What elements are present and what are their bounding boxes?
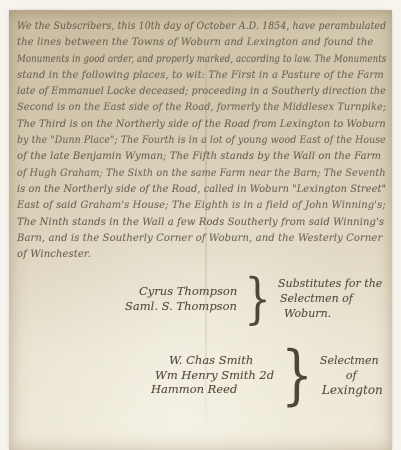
signature-role: Selectmen of Lexington: [320, 353, 383, 398]
signature-role-line: of: [346, 368, 383, 383]
signature-role: Substitutes for the Selectmen of Woburn.: [278, 276, 382, 321]
text-line: of Winchester.: [17, 249, 386, 265]
signature-block-woburn: Cyrus Thompson Saml. S. Thompson } Subst…: [125, 276, 382, 321]
signature-role-line: Woburn.: [284, 306, 382, 321]
signature-role-line: Selectmen: [320, 353, 383, 368]
text-line: of the late Benjamin Wyman; The Fifth st…: [17, 151, 386, 167]
signature-names: W. Chas Smith Wm Henry Smith 2d Hammon R…: [155, 353, 274, 397]
signature-role-line: Selectmen of: [280, 291, 382, 306]
text-line: The Ninth stands in the Wall a few Rods …: [17, 217, 386, 233]
text-line: of Hugh Graham; The Sixth on the same Fa…: [17, 168, 371, 184]
signature-role-line: Substitutes for the: [278, 276, 382, 291]
document-body: We the Subscribers, this 10th day of Oct…: [17, 21, 386, 265]
signature-name: Cyrus Thompson: [139, 284, 237, 299]
signature-name: Hammon Reed: [151, 382, 274, 397]
signature-block-lexington: W. Chas Smith Wm Henry Smith 2d Hammon R…: [155, 350, 383, 400]
text-line: East of said Graham's House; The Eighth …: [17, 200, 384, 216]
text-line: late of Emmanuel Locke deceased; proceed…: [17, 86, 369, 102]
text-line: is on the Northerly side of the Road, ca…: [17, 184, 376, 200]
signature-name: Wm Henry Smith 2d: [155, 368, 274, 383]
signature-name: W. Chas Smith: [169, 353, 274, 368]
document-scan: We the Subscribers, this 10th day of Oct…: [0, 0, 401, 450]
signature-role-line: Lexington: [322, 383, 383, 398]
text-line: Barn, and is the Southerly Corner of Wob…: [17, 233, 386, 249]
text-line: Second is on the East side of the Road, …: [17, 102, 376, 118]
brace-glyph: }: [281, 343, 313, 408]
brace-glyph: }: [244, 271, 271, 326]
text-line: by the "Dunn Place"; The Fourth is in a …: [17, 135, 363, 151]
text-line: We the Subscribers, this 10th day of Oct…: [17, 21, 363, 37]
signature-names: Cyrus Thompson Saml. S. Thompson: [125, 284, 237, 313]
text-line: the lines between the Towns of Woburn an…: [17, 37, 386, 53]
paper: We the Subscribers, this 10th day of Oct…: [9, 10, 392, 450]
text-line: Monuments in good order, and properly ma…: [17, 54, 334, 70]
text-line: stand in the following places, to wit: T…: [17, 70, 386, 86]
text-line: The Third is on the Northerly side of th…: [17, 119, 376, 135]
signature-name: Saml. S. Thompson: [125, 299, 237, 314]
